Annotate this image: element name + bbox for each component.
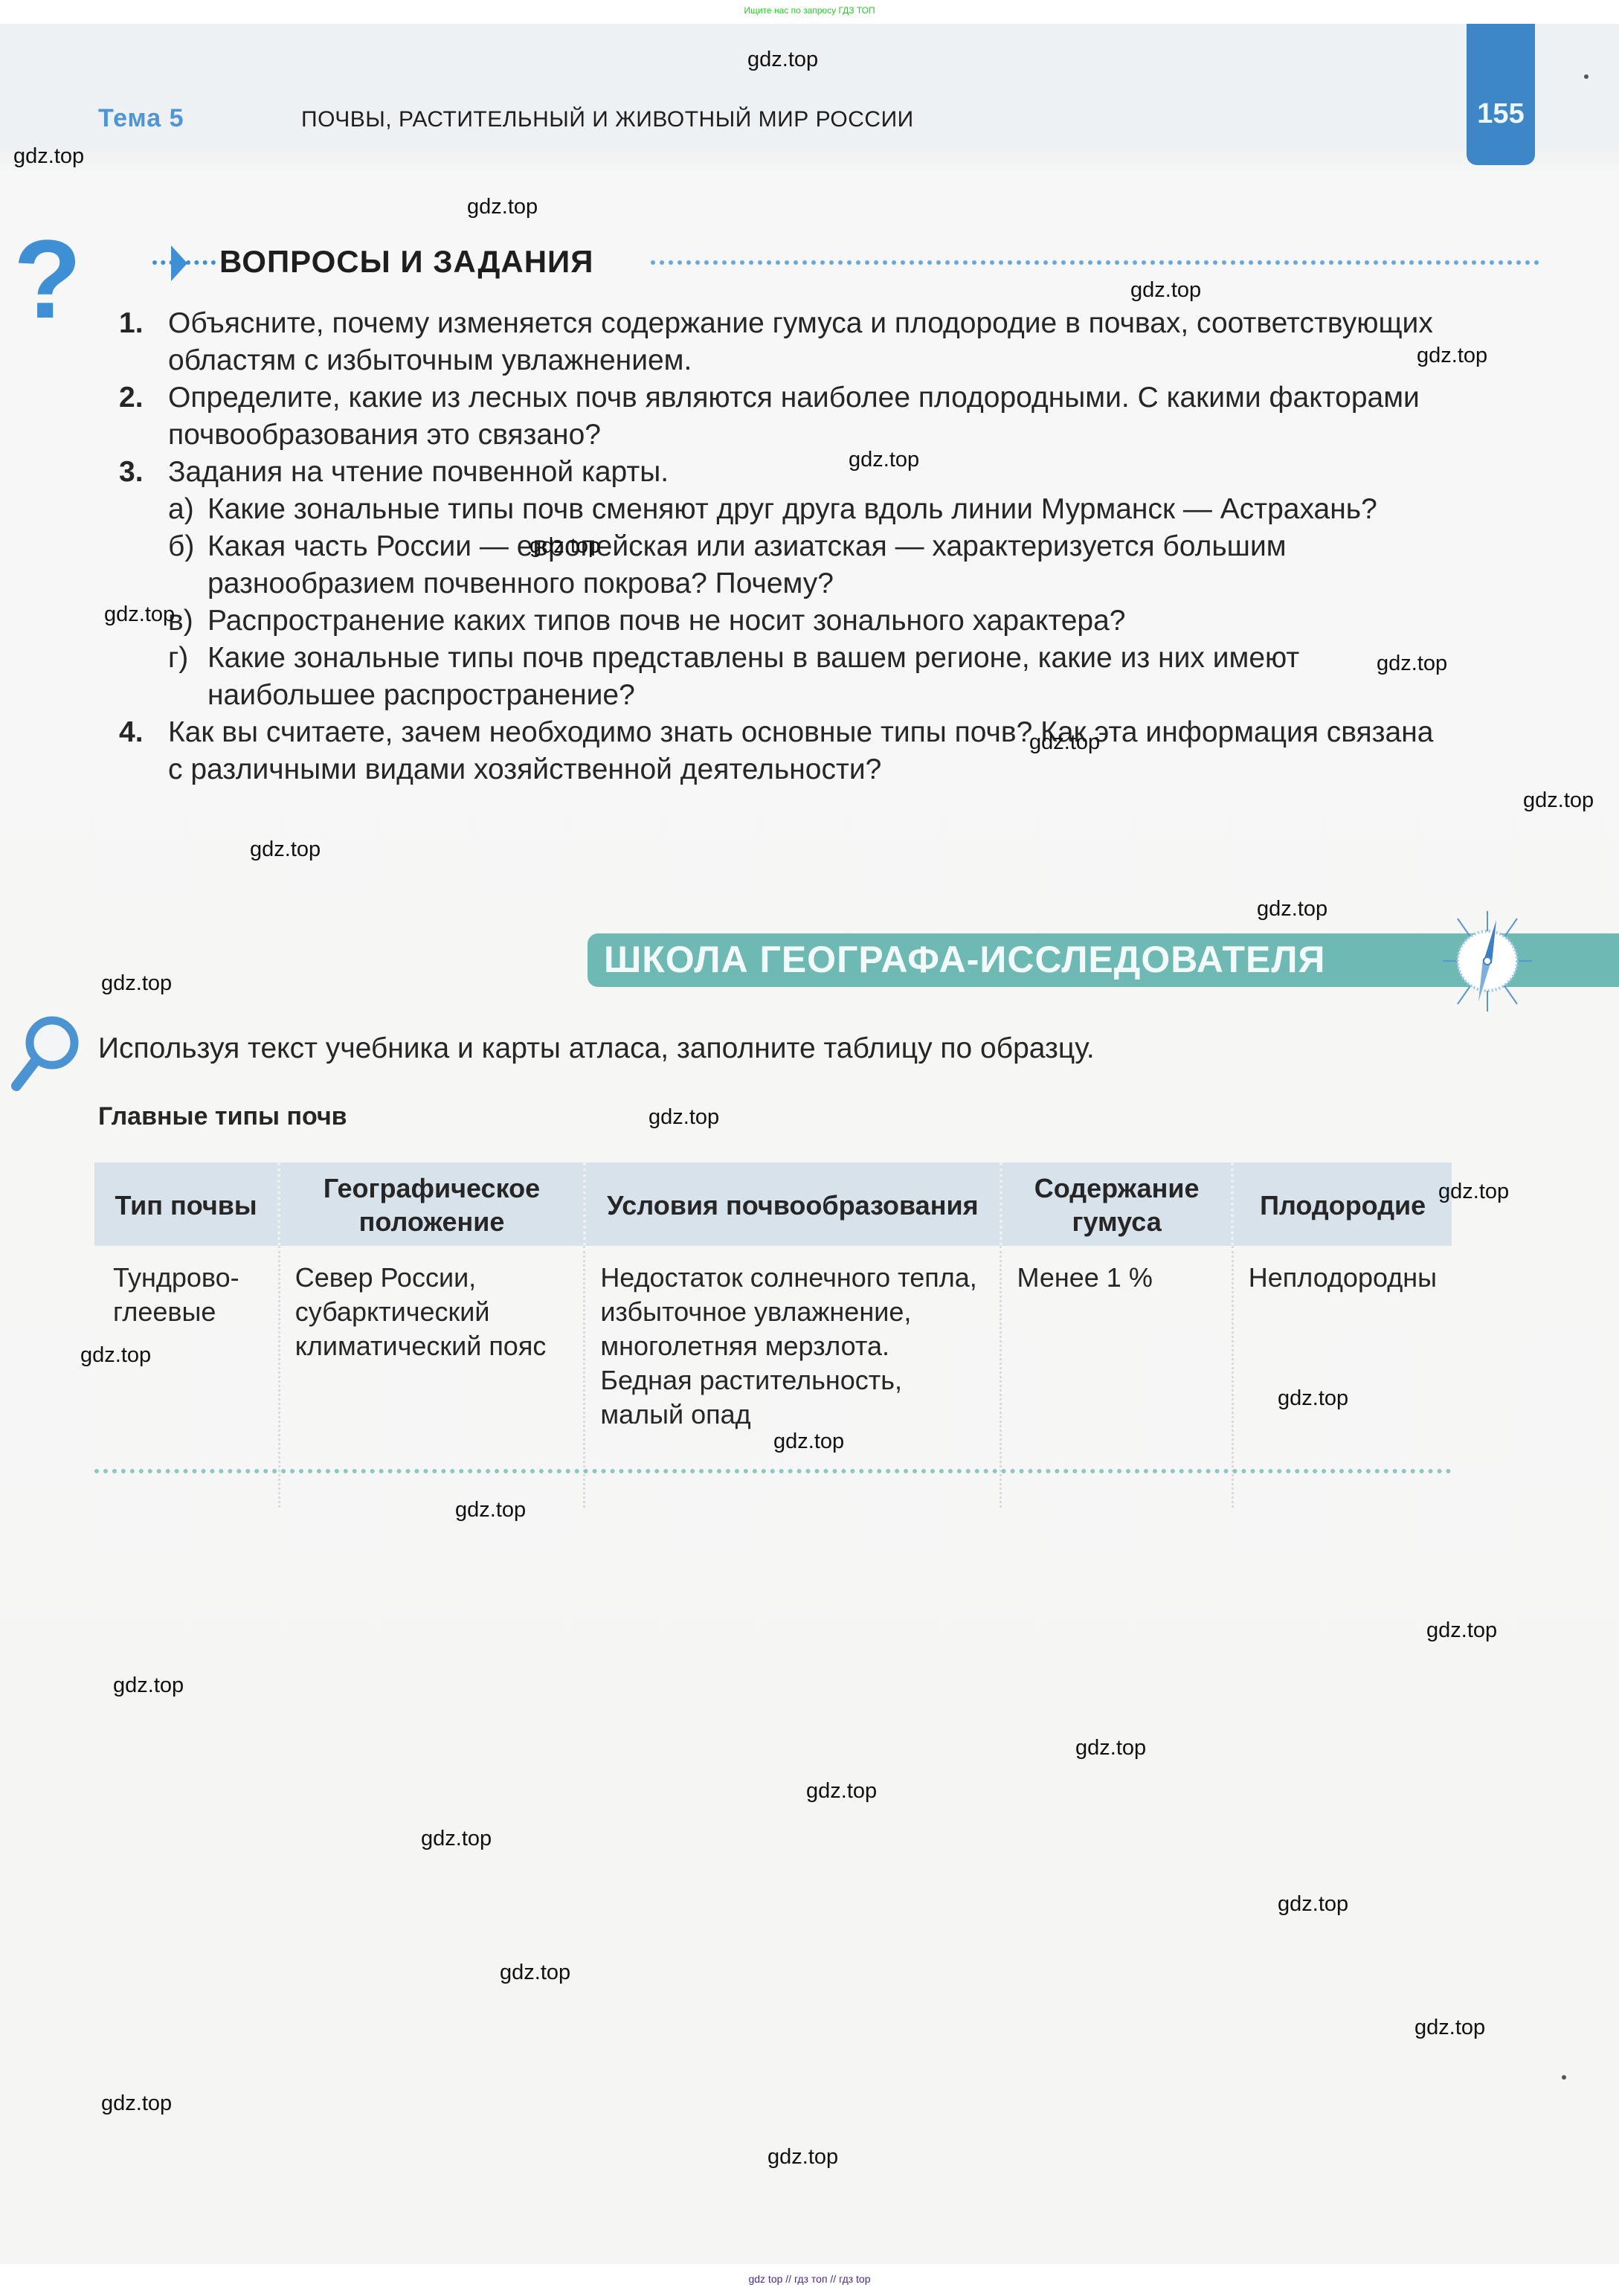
watermark: gdz.top [1377,652,1447,676]
subquestion-text: Какая часть России — европейская или ази… [207,530,1287,599]
paper-speck [1584,74,1589,79]
watermark: gdz.top [530,534,600,559]
bottom-watermark-text: gdz top // гдз топ // гдз top [748,2273,870,2285]
soil-types-table: Тип почвы Географическое положение Услов… [94,1163,1452,1508]
watermark: gdz.top [648,1105,719,1130]
watermark: gdz.top [806,1779,877,1804]
question-text: Как вы считаете, зачем необходимо знать … [168,716,1433,785]
dotted-line-right [651,260,1539,265]
table-bottom-dotted-line [94,1469,1452,1473]
subquestion-v: в) Распространение каких типов почв не н… [168,602,1450,640]
watermark: gdz.top [1438,1180,1509,1204]
subquestion-text: Какие зональные типы почв представлены в… [207,642,1299,711]
arrow-icon [171,245,187,281]
watermark: gdz.top [1075,1736,1146,1760]
chapter-title: ПОЧВЫ, РАСТИТЕЛЬНЫЙ И ЖИВОТНЫЙ МИР РОССИ… [301,107,914,132]
question-1: 1. Объясните, почему изменяется содержан… [119,305,1450,379]
question-text: Объясните, почему изменяется содержание … [168,307,1433,376]
column-header: Плодородие [1232,1163,1452,1246]
compass-icon [1443,911,1532,1012]
watermark: gdz.top [113,1673,184,1698]
watermark: gdz.top [467,195,538,219]
watermark: gdz.top [500,1961,570,1985]
watermark: gdz.top [767,2145,838,2170]
top-watermark-strip: Ищите нас по запросу ГДЗ ТОП [0,0,1619,24]
subquestion-text: Какие зональные типы почв сменяют друг д… [207,493,1377,525]
column-header: Географическое положение [279,1163,585,1246]
top-watermark-text: Ищите нас по запросу ГДЗ ТОП [744,5,875,16]
watermark: gdz.top [13,144,84,169]
watermark: gdz.top [1426,1618,1497,1643]
watermark: gdz.top [455,1498,526,1522]
watermark: gdz.top [1257,897,1327,922]
watermark: gdz.top [1130,278,1201,303]
magnifier-icon [9,1012,83,1093]
watermark: gdz.top [421,1827,492,1851]
table-title: Главные типы почв [98,1102,347,1131]
page-number: 155 [1467,98,1535,130]
watermark: gdz.top [1278,1892,1348,1917]
watermark: gdz.top [849,448,919,472]
column-header: Условия почвообразования [585,1163,1001,1246]
subquestion-label: б) [168,528,194,565]
watermark: gdz.top [101,971,172,996]
section-title-questions: ВОПРОСЫ И ЗАДАНИЯ [219,244,593,280]
page-number-tab: 155 [1467,24,1535,165]
watermark: gdz.top [1414,2016,1485,2040]
question-2: 2. Определите, какие из лесных почв явля… [119,379,1450,454]
bottom-watermark-strip: gdz top // гдз топ // гдз top [0,2264,1619,2296]
question-text: Определите, какие из лесных почв являютс… [168,382,1420,451]
table-header-row: Тип почвы Географическое положение Услов… [94,1163,1452,1246]
question-number: 3. [119,454,144,491]
question-4: 4. Как вы считаете, зачем необходимо зна… [119,714,1450,788]
research-task: Используя текст учебника и карты атласа,… [98,1032,1095,1065]
research-banner-title: ШКОЛА ГЕОГРАФА-ИССЛЕДОВАТЕЛЯ [604,938,1325,981]
watermark: gdz.top [250,837,321,862]
question-text: Задания на чтение почвенной карты. [168,456,669,488]
watermark: gdz.top [1417,344,1487,368]
topic-label: Тема 5 [98,104,184,133]
subquestion-b: б) Какая часть России — европейская или … [168,528,1450,602]
questions-list: 1. Объясните, почему изменяется содержан… [119,305,1450,788]
watermark: gdz.top [101,2091,172,2116]
question-number: 2. [119,379,144,417]
subquestion-text: Распространение каких типов почв не носи… [207,605,1126,637]
question-mark-icon: ? [13,223,82,335]
watermark: gdz.top [773,1430,844,1454]
watermark: gdz.top [1029,730,1100,755]
question-number: 1. [119,305,144,342]
subquestion-label: а) [168,491,194,528]
watermark: gdz.top [1523,788,1594,813]
subquestion-label: г) [168,640,188,677]
column-header: Тип почвы [94,1163,279,1246]
subquestion-g: г) Какие зональные типы почв представлен… [168,640,1450,714]
watermark: gdz.top [747,48,818,72]
question-number: 4. [119,714,144,751]
question-3: 3. Задания на чтение почвенной карты. а)… [119,454,1450,714]
watermark: gdz.top [1278,1386,1348,1411]
subquestion-a: а) Какие зональные типы почв сменяют дру… [168,491,1450,528]
paper-speck [1562,2075,1566,2080]
column-header: Содержание гумуса [1001,1163,1232,1246]
watermark: gdz.top [80,1343,151,1368]
watermark: gdz.top [104,602,175,627]
